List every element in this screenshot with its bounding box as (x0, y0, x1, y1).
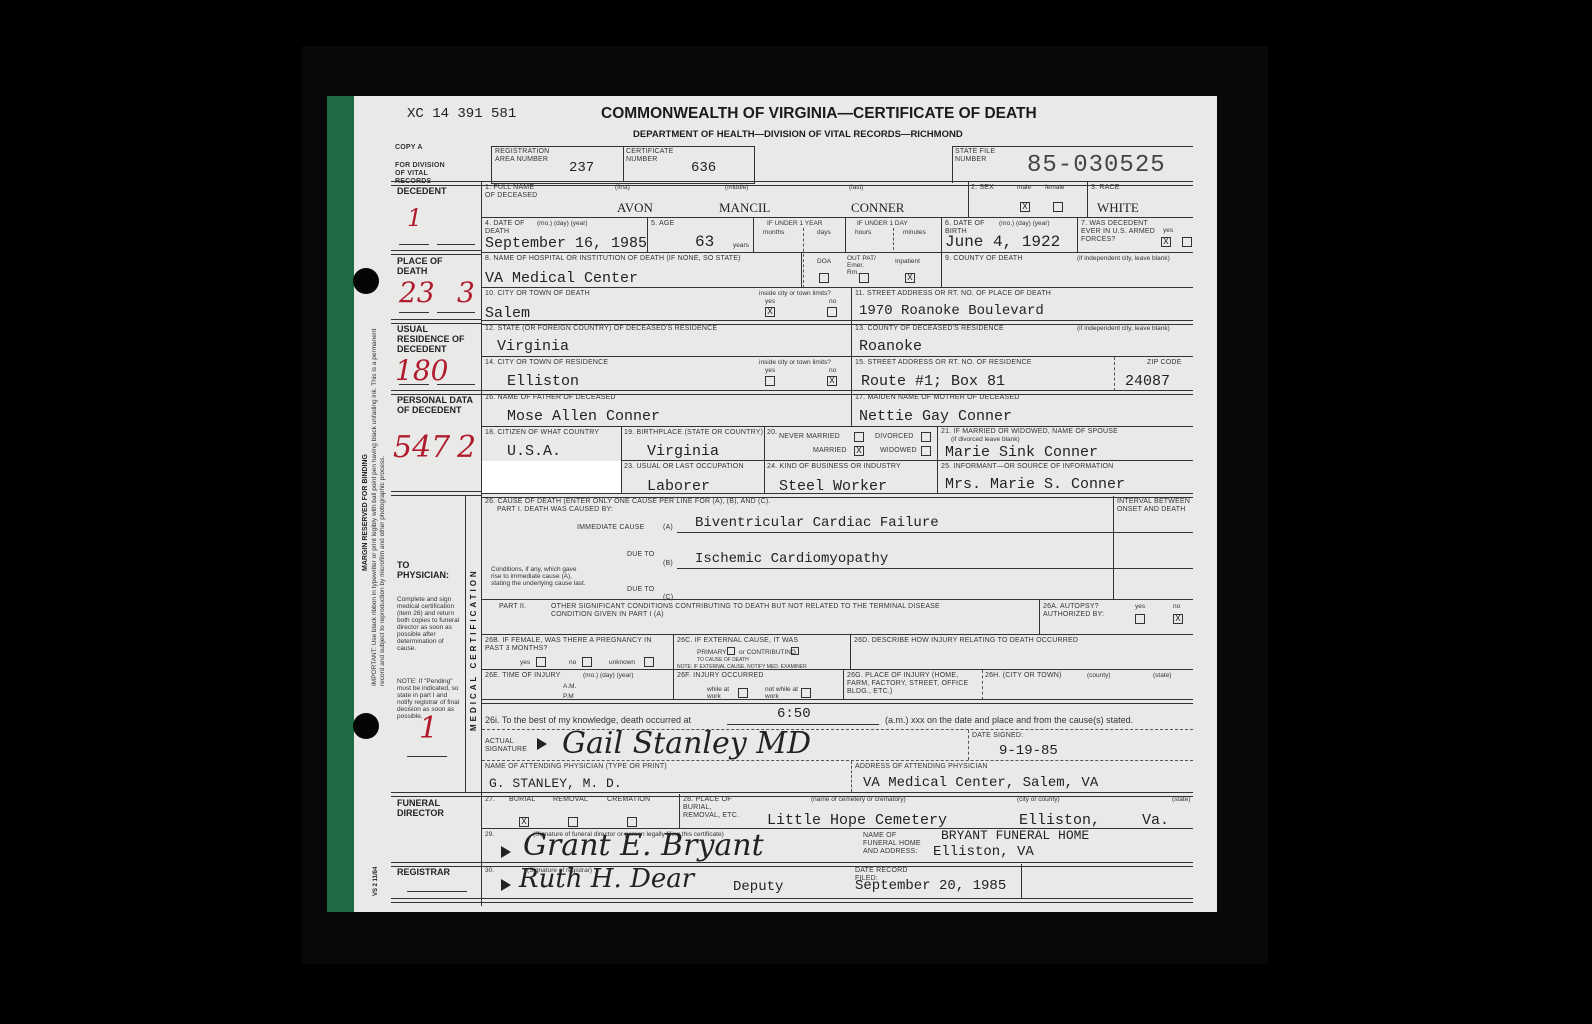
funeral-director-signature: Grant E. Bryant (523, 828, 764, 863)
death-certificate: MARGIN RESERVED FOR BINDING IMPORTANT: U… (327, 96, 1217, 912)
spouse-name: Marie Sink Conner (945, 444, 1098, 461)
pregnancy-no-checkbox[interactable] (582, 657, 592, 667)
funeral-home-name: BRYANT FUNERAL HOME (941, 828, 1089, 843)
city-of-residence: Elliston (507, 373, 579, 390)
state-of-residence: Virginia (497, 338, 569, 355)
date-filed: September 20, 1985 (855, 878, 1006, 894)
section-funeral-director: FUNERAL DIRECTOR (397, 798, 461, 818)
external-primary-checkbox[interactable] (727, 647, 735, 655)
injury-not-at-work-checkbox[interactable] (801, 688, 811, 698)
section-decedent: DECEDENT (397, 186, 447, 196)
pregnancy-yes-checkbox[interactable] (536, 657, 546, 667)
certificate-number: 636 (691, 160, 716, 176)
street-of-residence: Route #1; Box 81 (861, 373, 1005, 390)
date-signed: 9-19-85 (999, 743, 1058, 759)
form-code: VS 2 11/84 (373, 867, 379, 896)
physician-signature: Gail Stanley MD (562, 726, 811, 761)
married-checkbox[interactable]: X (854, 446, 864, 456)
first-name: AVON (617, 200, 653, 216)
funeral-home-address: Elliston, VA (933, 844, 1034, 860)
section-registrar: REGISTRAR (397, 867, 450, 877)
divorced-checkbox[interactable] (921, 432, 931, 442)
document-subtitle: DEPARTMENT OF HEALTH—DIVISION OF VITAL R… (633, 129, 963, 140)
punch-hole (353, 268, 379, 294)
armed-forces-no-checkbox[interactable] (1182, 237, 1192, 247)
time-of-death: 6:50 (777, 706, 811, 722)
document-title: COMMONWEALTH OF VIRGINIA—CERTIFICATE OF … (601, 105, 1037, 123)
punch-hole (353, 713, 379, 739)
hospital-name: VA Medical Center (485, 270, 638, 287)
county-of-residence: Roanoke (859, 338, 922, 355)
margin-binding-note: MARGIN RESERVED FOR BINDING (362, 454, 369, 571)
middle-name: MANCIL (719, 200, 770, 216)
informant: Mrs. Marie S. Conner (945, 476, 1125, 493)
race-value: WHITE (1097, 200, 1139, 216)
pregnancy-unknown-checkbox[interactable] (644, 657, 654, 667)
section-to-physician: TO PHYSICIAN: (397, 560, 461, 580)
registration-area-number: 237 (569, 160, 594, 176)
registrar-title: Deputy (733, 879, 783, 895)
cause-due-to-b: Ischemic Cardiomyopathy (695, 551, 888, 567)
residence-inside-city-no-checkbox[interactable]: X (827, 376, 837, 386)
father-name: Mose Allen Conner (507, 408, 660, 425)
death-inside-city-yes-checkbox[interactable]: X (765, 307, 775, 317)
cremation-checkbox[interactable] (627, 817, 637, 827)
armed-forces-yes-checkbox[interactable]: X (1161, 237, 1171, 247)
citizenship: U.S.A. (507, 443, 561, 460)
medical-certification-label: MEDICAL CERTIFICATION (469, 568, 478, 731)
section-place-of-death: PLACE OF DEATH (397, 256, 457, 276)
death-inside-city-no-checkbox[interactable] (827, 307, 837, 317)
state-file-number: 85-030525 (1027, 152, 1166, 179)
injury-while-at-work-checkbox[interactable] (738, 688, 748, 698)
mother-maiden-name: Nettie Gay Conner (859, 408, 1012, 425)
doa-checkbox[interactable] (819, 273, 829, 283)
external-contributing-checkbox[interactable] (791, 647, 799, 655)
inpatient-checkbox[interactable]: X (905, 273, 915, 283)
signature-arrow-icon (537, 738, 547, 750)
green-binding-strip (327, 96, 354, 912)
street-of-death: 1970 Roanoke Boulevard (859, 303, 1044, 319)
physician-name: G. STANLEY, M. D. (489, 776, 622, 791)
section-personal-data: PERSONAL DATA OF DECEDENT (397, 395, 477, 415)
autopsy-no-checkbox[interactable]: X (1173, 614, 1183, 624)
copy-label: COPY A (395, 144, 423, 152)
age-years: 63 (695, 233, 714, 251)
physician-address: VA Medical Center, Salem, VA (863, 775, 1098, 791)
redacted-field (482, 461, 621, 493)
birthplace: Virginia (647, 443, 719, 460)
outpatient-checkbox[interactable] (859, 273, 869, 283)
registrar-signature: Ruth H. Dear (519, 864, 694, 894)
widowed-checkbox[interactable] (921, 446, 931, 456)
residence-inside-city-yes-checkbox[interactable] (765, 376, 775, 386)
sex-female-checkbox[interactable] (1053, 202, 1063, 212)
sex-male-checkbox[interactable]: X (1020, 202, 1030, 212)
zip-code: 24087 (1125, 373, 1170, 390)
serial-number: XC 14 391 581 (407, 106, 516, 122)
important-note: IMPORTANT: Use black ribbon in typewrite… (371, 316, 387, 686)
signature-arrow-icon (501, 846, 511, 858)
cause-immediate: Biventricular Cardiac Failure (695, 515, 939, 531)
section-usual-residence: USUAL RESIDENCE OF DECEDENT (397, 324, 477, 354)
date-of-birth: June 4, 1922 (945, 233, 1060, 251)
burial-checkbox[interactable]: X (519, 817, 529, 827)
last-name: CONNER (851, 200, 904, 216)
removal-checkbox[interactable] (568, 817, 578, 827)
never-married-checkbox[interactable] (854, 432, 864, 442)
burial-city: Elliston, (1019, 812, 1100, 829)
signature-arrow-icon (501, 879, 511, 891)
autopsy-yes-checkbox[interactable] (1135, 614, 1145, 624)
cemetery-name: Little Hope Cemetery (767, 812, 947, 829)
date-of-death: September 16, 1985 (485, 235, 647, 252)
burial-state: Va. (1142, 812, 1169, 829)
